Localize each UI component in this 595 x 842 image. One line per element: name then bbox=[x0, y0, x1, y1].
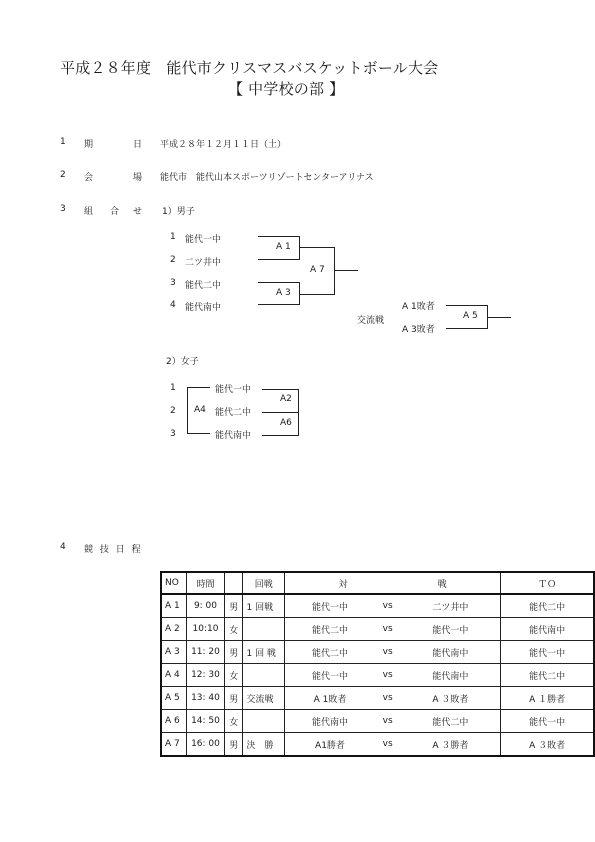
cell-round bbox=[243, 618, 285, 641]
girls-team-name: 能代二中 bbox=[215, 405, 251, 418]
cell-round: 交流戦 bbox=[243, 687, 285, 710]
section-3-label-char: せ bbox=[133, 204, 142, 217]
boys-team-name: 二ツ井中 bbox=[185, 255, 221, 268]
team1: 能代二中 bbox=[295, 646, 365, 659]
bracket-line bbox=[298, 389, 299, 436]
cell-time: 13: 40 bbox=[186, 687, 224, 710]
bracket-line bbox=[334, 247, 335, 295]
cell-time: 12: 30 bbox=[186, 664, 224, 687]
cell-round bbox=[243, 710, 285, 733]
bracket-line bbox=[299, 236, 300, 260]
boys-team-name: 能代南中 bbox=[185, 300, 221, 313]
vs-label: vs bbox=[373, 601, 403, 611]
table-header-row: NO 時間 回戦 対 戦 ＴＯ bbox=[161, 572, 594, 594]
game-label-a4: A4 bbox=[194, 405, 206, 415]
section-1-label-char: 期 bbox=[84, 137, 93, 150]
bracket-line bbox=[446, 328, 488, 329]
cell-sex: 男 bbox=[225, 733, 243, 757]
team2: 二ツ井中 bbox=[410, 600, 490, 613]
cell-no: A 4 bbox=[161, 664, 186, 687]
table-row: A 5 13: 40 男 交流戦 A 1敗者vsA ３敗者 A １勝者 bbox=[161, 687, 594, 710]
header-match-right: 戦 bbox=[438, 577, 447, 590]
cell-no: A 7 bbox=[161, 733, 186, 757]
girls-team-number: 1 bbox=[170, 383, 176, 393]
vs-label: vs bbox=[373, 647, 403, 657]
section-4-label: 競 技 日 程 bbox=[84, 542, 143, 555]
bracket-line bbox=[334, 270, 358, 271]
cell-no: A 3 bbox=[161, 641, 186, 664]
table-row: A 1 9: 00 男 1 回戦 能代一中vs二ツ井中 能代二中 bbox=[161, 594, 594, 618]
game-label-a2: A2 bbox=[280, 394, 292, 404]
boys-bracket-heading: 1）男子 bbox=[162, 204, 195, 217]
game-label-a6: A6 bbox=[280, 418, 292, 428]
cell-to: A ３敗者 bbox=[501, 733, 594, 757]
header-match-left: 対 bbox=[339, 577, 348, 590]
section-3-label-char: 組 bbox=[84, 204, 93, 217]
bracket-line bbox=[258, 304, 300, 305]
section-2-number: 2 bbox=[60, 170, 66, 180]
document-title: 平成２８年度 能代市クリスマスバスケットボール大会 bbox=[60, 57, 438, 78]
girls-bracket-heading: 2）女子 bbox=[166, 354, 199, 367]
event-venue: 能代市 能代山本スポーツリゾートセンターアリナス bbox=[160, 170, 374, 183]
cell-no: A 2 bbox=[161, 618, 186, 641]
bracket-line bbox=[262, 435, 299, 436]
vs-label: vs bbox=[373, 716, 403, 726]
cell-to: 能代二中 bbox=[501, 594, 594, 618]
cell-sex: 女 bbox=[225, 710, 243, 733]
cell-match: 能代南中vs能代二中 bbox=[284, 710, 500, 733]
boys-team-number: 1 bbox=[170, 232, 176, 242]
team1: 能代南中 bbox=[295, 715, 365, 728]
section-4-number: 4 bbox=[60, 542, 66, 552]
bracket-line bbox=[262, 389, 299, 390]
table-row: A 7 16: 00 男 決 勝 A1勝者vsA ３勝者 A ３敗者 bbox=[161, 733, 594, 757]
cell-match: A1勝者vsA ３勝者 bbox=[284, 733, 500, 757]
table-row: A 6 14: 50 女 能代南中vs能代二中 能代一中 bbox=[161, 710, 594, 733]
team1: 能代二中 bbox=[295, 623, 365, 636]
team1: 能代一中 bbox=[295, 669, 365, 682]
cell-sex: 男 bbox=[225, 594, 243, 618]
bracket-line bbox=[446, 305, 488, 306]
cell-match: A 1敗者vsA ３敗者 bbox=[284, 687, 500, 710]
section-2-label-char: 会 bbox=[84, 170, 93, 183]
cell-match: 能代一中vs二ツ井中 bbox=[284, 594, 500, 618]
event-date: 平成２８年１２月１１日（土） bbox=[160, 137, 286, 150]
cell-time: 14: 50 bbox=[186, 710, 224, 733]
girls-team-number: 2 bbox=[170, 406, 176, 416]
cell-to: 能代一中 bbox=[501, 710, 594, 733]
team1: A 1敗者 bbox=[295, 692, 365, 705]
team2: A ３敗者 bbox=[410, 692, 490, 705]
bracket-line bbox=[187, 387, 188, 434]
exchange-game-label: 交流戦 bbox=[357, 313, 384, 326]
team2: 能代二中 bbox=[410, 715, 490, 728]
cell-to: A １勝者 bbox=[501, 687, 594, 710]
team2: 能代南中 bbox=[410, 646, 490, 659]
header-to: ＴＯ bbox=[501, 572, 594, 594]
team2: A ３勝者 bbox=[410, 738, 490, 751]
cell-time: 10:10 bbox=[186, 618, 224, 641]
cell-round bbox=[243, 664, 285, 687]
header-round: 回戦 bbox=[243, 572, 285, 594]
bracket-line bbox=[187, 433, 210, 434]
cell-match: 能代二中vs能代一中 bbox=[284, 618, 500, 641]
bracket-line bbox=[258, 259, 300, 260]
team1: 能代一中 bbox=[295, 600, 365, 613]
bracket-line bbox=[299, 247, 335, 248]
table-row: A 3 11: 20 男 1 回 戦 能代二中vs能代南中 能代一中 bbox=[161, 641, 594, 664]
section-3-label-char: 合 bbox=[110, 204, 119, 217]
header-match: 対 戦 bbox=[284, 572, 500, 594]
cell-no: A 1 bbox=[161, 594, 186, 618]
cell-round: 1 回戦 bbox=[243, 594, 285, 618]
section-2-label-char: 場 bbox=[133, 170, 142, 183]
section-1-label-char: 日 bbox=[133, 137, 142, 150]
cell-round: 1 回 戦 bbox=[243, 641, 285, 664]
document-subtitle: 【 中学校の部 】 bbox=[228, 78, 344, 99]
cell-no: A 6 bbox=[161, 710, 186, 733]
game-label-a5: A 5 bbox=[463, 311, 478, 321]
table-row: A 4 12: 30 女 能代一中vs能代南中 能代二中 bbox=[161, 664, 594, 687]
cell-to: 能代二中 bbox=[501, 664, 594, 687]
cell-round: 決 勝 bbox=[243, 733, 285, 757]
schedule-table: NO 時間 回戦 対 戦 ＴＯ A 1 9: 00 男 1 回戦 能代一中vs二… bbox=[160, 571, 595, 757]
cell-sex: 男 bbox=[225, 687, 243, 710]
exchange-bottom-slot: A 3敗者 bbox=[402, 322, 435, 335]
team2: 能代南中 bbox=[410, 669, 490, 682]
section-1-number: 1 bbox=[60, 137, 66, 147]
cell-time: 16: 00 bbox=[186, 733, 224, 757]
exchange-top-slot: A 1敗者 bbox=[402, 299, 435, 312]
cell-match: 能代二中vs能代南中 bbox=[284, 641, 500, 664]
game-label-a3: A 3 bbox=[276, 288, 291, 298]
vs-label: vs bbox=[373, 693, 403, 703]
cell-no: A 5 bbox=[161, 687, 186, 710]
cell-match: 能代一中vs能代南中 bbox=[284, 664, 500, 687]
bracket-line bbox=[262, 412, 299, 413]
vs-label: vs bbox=[373, 624, 403, 634]
bracket-line bbox=[258, 282, 300, 283]
header-no: NO bbox=[161, 572, 186, 594]
cell-sex: 女 bbox=[225, 664, 243, 687]
header-time: 時間 bbox=[186, 572, 224, 594]
girls-team-number: 3 bbox=[170, 429, 176, 439]
table-row: A 2 10:10 女 能代二中vs能代一中 能代南中 bbox=[161, 618, 594, 641]
team2: 能代一中 bbox=[410, 623, 490, 636]
game-label-a7: A 7 bbox=[310, 265, 325, 275]
boys-team-number: 4 bbox=[170, 300, 176, 310]
bracket-line bbox=[187, 387, 210, 388]
team1: A1勝者 bbox=[295, 738, 365, 751]
bracket-line bbox=[487, 317, 511, 318]
vs-label: vs bbox=[373, 670, 403, 680]
header-sex bbox=[225, 572, 243, 594]
cell-sex: 女 bbox=[225, 618, 243, 641]
girls-team-name: 能代南中 bbox=[215, 428, 251, 441]
cell-time: 11: 20 bbox=[186, 641, 224, 664]
cell-time: 9: 00 bbox=[186, 594, 224, 618]
vs-label: vs bbox=[373, 739, 403, 749]
cell-to: 能代南中 bbox=[501, 618, 594, 641]
boys-team-number: 3 bbox=[170, 278, 176, 288]
boys-team-name: 能代一中 bbox=[185, 232, 221, 245]
game-label-a1: A 1 bbox=[276, 242, 291, 252]
girls-team-name: 能代一中 bbox=[215, 382, 251, 395]
cell-sex: 男 bbox=[225, 641, 243, 664]
boys-team-number: 2 bbox=[170, 255, 176, 265]
boys-team-name: 能代二中 bbox=[185, 278, 221, 291]
cell-to: 能代一中 bbox=[501, 641, 594, 664]
bracket-line bbox=[258, 236, 300, 237]
section-3-number: 3 bbox=[60, 204, 66, 214]
bracket-line bbox=[299, 294, 335, 295]
